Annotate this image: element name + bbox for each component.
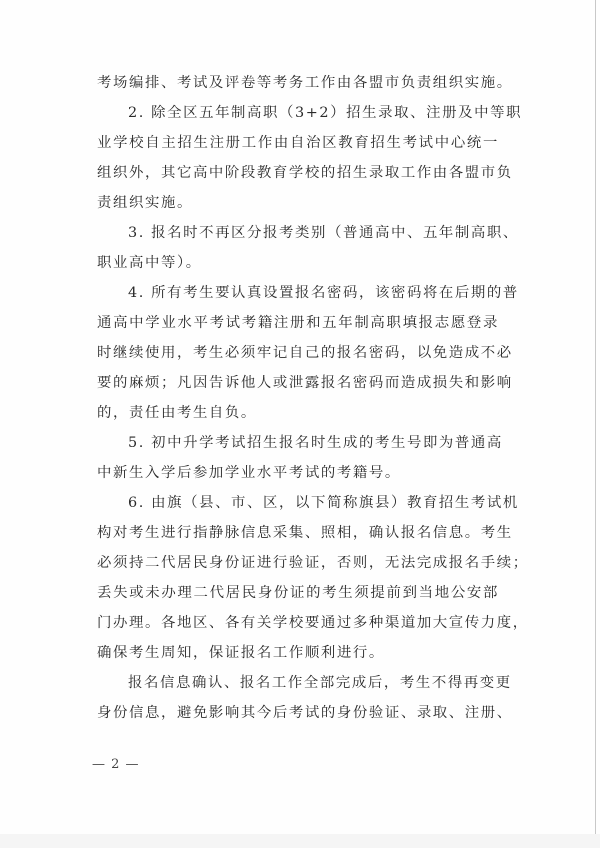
text-line: 构对考生进行指静脉信息采集、照相，确认报名信息。考生	[97, 518, 499, 548]
text-line: 时继续使用，考生必须牢记自己的报名密码，以免造成不必	[97, 338, 499, 368]
text-line: 2. 除全区五年制高职（3+2）招生录取、注册及中等职	[97, 98, 499, 128]
text-line: 中新生入学后参加学业水平考试的考籍号。	[97, 458, 499, 488]
text-line: 5. 初中升学考试招生报名时生成的考生号即为普通高	[97, 428, 499, 458]
text-line: 组织外，其它高中阶段教育学校的招生录取工作由各盟市负	[97, 158, 499, 188]
text-line: 要的麻烦；凡因告诉他人或泄露报名密码而造成损失和影响	[97, 368, 499, 398]
text-line: 业学校自主招生注册工作由自治区教育招生考试中心统一	[97, 128, 499, 158]
text-line: 6. 由旗（县、市、区，以下简称旗县）教育招生考试机	[97, 488, 499, 518]
page-number: — 2 —	[92, 756, 140, 774]
document-page: 考场编排、考试及评卷等考务工作由各盟市负责组织实施。 2. 除全区五年制高职（3…	[0, 0, 600, 848]
text-line: 的，责任由考生自负。	[97, 398, 499, 428]
text-line: 4. 所有考生要认真设置报名密码，该密码将在后期的普	[97, 278, 499, 308]
text-line: 必须持二代居民身份证进行验证，否则，无法完成报名手续；	[97, 548, 499, 578]
text-line: 通高中学业水平考试考籍注册和五年制高职填报志愿登录	[97, 308, 499, 338]
document-body: 考场编排、考试及评卷等考务工作由各盟市负责组织实施。 2. 除全区五年制高职（3…	[97, 68, 499, 728]
text-line: 责组织实施。	[97, 188, 499, 218]
text-line: 确保考生周知，保证报名工作顺利进行。	[97, 638, 499, 668]
text-line: 职业高中等）。	[97, 248, 499, 278]
text-line: 身份信息，避免影响其今后考试的身份验证、录取、注册、	[97, 698, 499, 728]
page-edge-divider	[595, 0, 596, 848]
text-line: 3. 报名时不再区分报考类别（普通高中、五年制高职、	[97, 218, 499, 248]
text-line: 考场编排、考试及评卷等考务工作由各盟市负责组织实施。	[97, 68, 499, 98]
text-line: 报名信息确认、报名工作全部完成后，考生不得再变更	[97, 668, 499, 698]
page-bottom-margin	[0, 834, 600, 848]
text-line: 丢失或未办理二代居民身份证的考生须提前到当地公安部	[97, 578, 499, 608]
text-line: 门办理。各地区、各有关学校要通过多种渠道加大宣传力度，	[97, 608, 499, 638]
